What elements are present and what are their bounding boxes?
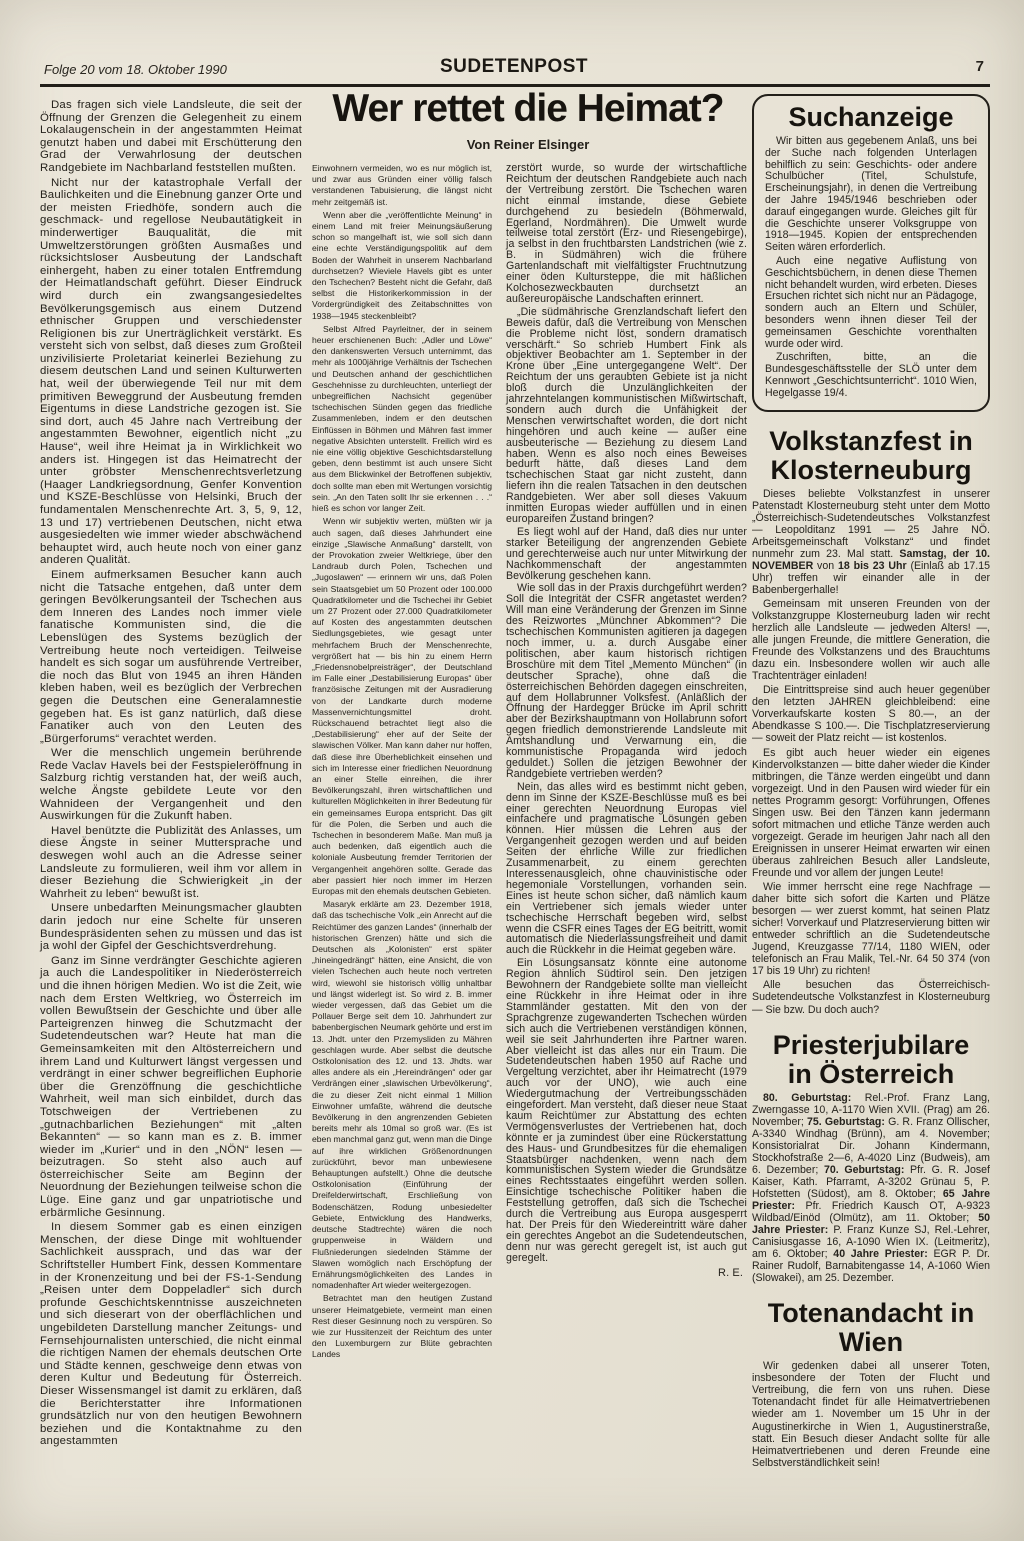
volkstanzfest-body: Dieses beliebte Volkstanzfest in unserer… — [752, 488, 990, 1016]
paragraph: Wir bitten aus gegebenem Anlaß, uns bei … — [765, 136, 977, 254]
volkstanzfest-title: Volkstanzfest in Klosterneuburg — [752, 427, 990, 485]
newspaper-page: Folge 20 vom 18. Oktober 1990 SUDETENPOS… — [0, 0, 1024, 1541]
paragraph: Gemeinsam mit unseren Freunden von der V… — [752, 598, 990, 682]
article-column-2-body: zerstört wurde, so wurde der wirtschaftl… — [506, 163, 747, 1264]
paragraph: „Die südmährische Grenzlandschaft liefer… — [506, 307, 747, 525]
intro-column: Das fragen sich viele Landsleute, die se… — [40, 97, 302, 1448]
volkstanzfest-title-line1: Volkstanzfest in — [769, 426, 973, 456]
paragraph: Unsere unbedarften Meinungsmacher glaubt… — [40, 902, 302, 952]
suchanzeige-title: Suchanzeige — [765, 102, 977, 133]
paragraph: In diesem Sommer gab es einen einzigen M… — [40, 1221, 302, 1448]
article-signature: R. E. — [506, 1268, 747, 1279]
priesterjubilare-title: Priesterjubilare in Österreich — [752, 1031, 990, 1089]
paragraph: Auch eine negative Auflistung von Geschi… — [765, 256, 977, 350]
volkstanzfest-title-line2: Klosterneuburg — [770, 455, 971, 485]
paragraph: zerstört wurde, so wurde der wirtschaftl… — [506, 163, 747, 305]
paragraph: Nicht nur der katastrophale Verfall der … — [40, 177, 302, 567]
paragraph: Wir gedenken dabei all unserer Toten, in… — [752, 1360, 990, 1468]
paragraph: Ganz im Sinne verdrängter Geschichte agi… — [40, 955, 302, 1219]
headline-block: Wer rettet die Heimat? Von Reiner Elsing… — [308, 88, 748, 152]
article-column-2: zerstört wurde, so wurde der wirtschaftl… — [506, 163, 747, 1279]
suchanzeige-box: Suchanzeige Wir bitten aus gegebenem Anl… — [752, 94, 990, 412]
paragraph: Die Eintrittspreise sind auch heuer gege… — [752, 684, 990, 744]
paragraph: 80. Geburtstag: Rel.-Prof. Franz Lang, Z… — [752, 1092, 990, 1285]
paragraph: Nein, das alles wird es bestimmt nicht g… — [506, 782, 747, 957]
paragraph: Einwohnern vermeiden, wo es nur möglich … — [312, 163, 492, 208]
paragraph: Ein Lösungsansatz könnte eine autonome R… — [506, 958, 747, 1263]
paragraph: Wenn wir subjektiv werten, müßten wir ja… — [312, 516, 492, 897]
paragraph: Havel benützte die Publizität des Anlass… — [40, 825, 302, 901]
page-number: 7 — [976, 58, 984, 75]
paragraph: Wie soll das in der Praxis durchgeführt … — [506, 583, 747, 779]
paragraph: Dieses beliebte Volkstanzfest in unserer… — [752, 488, 990, 596]
priesterjubilare-title-line1: Priesterjubilare — [773, 1030, 970, 1060]
paragraph: Es liegt wohl auf der Hand, daß dies nur… — [506, 527, 747, 582]
sidebar: Suchanzeige Wir bitten aus gegebenem Anl… — [752, 94, 990, 1469]
paragraph: Wer die menschlich ungemein berührende R… — [40, 747, 302, 823]
paragraph: Selbst Alfred Payrleitner, der in seinem… — [312, 324, 492, 514]
priesterjubilare-title-line2: in Österreich — [788, 1059, 955, 1089]
suchanzeige-body: Wir bitten aus gegebenem Anlaß, uns bei … — [765, 136, 977, 400]
paragraph: Masaryk erklärte am 23. Dezember 1918, d… — [312, 899, 492, 1291]
paragraph: Zuschriften, bitte, an die Bundesgeschäf… — [765, 352, 977, 399]
paragraph: Betrachtet man den heutigen Zustand unse… — [312, 1293, 492, 1360]
paragraph: Alle besuchen das Österreichisch-Sudeten… — [752, 979, 990, 1015]
paragraph: Das fragen sich viele Landsleute, die se… — [40, 99, 302, 175]
paragraph: Einem aufmerksamen Besucher kann auch ni… — [40, 569, 302, 745]
article-headline: Wer rettet die Heimat? — [308, 88, 748, 130]
article-byline: Von Reiner Elsinger — [308, 137, 748, 152]
paragraph: Wenn aber die „veröffentlichte Meinung“ … — [312, 210, 492, 322]
totenandacht-title: Totenandacht in Wien — [752, 1299, 990, 1357]
paragraph: Wie immer herrscht eine rege Nachfrage —… — [752, 881, 990, 977]
masthead: SUDETENPOST — [40, 56, 988, 78]
totenandacht-body: Wir gedenken dabei all unserer Toten, in… — [752, 1360, 990, 1468]
article-column-1: Einwohnern vermeiden, wo es nur möglich … — [312, 163, 492, 1361]
priesterjubilare-body: 80. Geburtstag: Rel.-Prof. Franz Lang, Z… — [752, 1092, 990, 1285]
paragraph: Es gibt auch heuer wieder ein eigenes Ki… — [752, 747, 990, 880]
